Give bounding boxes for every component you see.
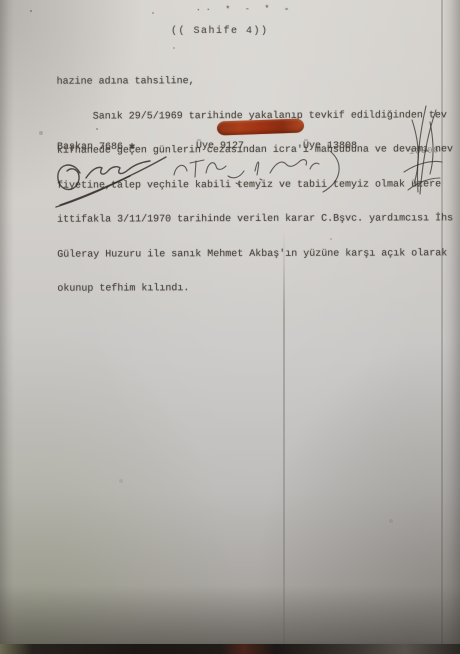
body-line: Güleray Huzuru ile sanık Mehmet Akbaş'ın… bbox=[57, 248, 453, 261]
body-line: okunup tefhim kılındı. bbox=[57, 282, 453, 295]
paper-left-edge-shadow bbox=[0, 0, 14, 654]
table-edge-background bbox=[0, 644, 460, 654]
member-1-signature bbox=[168, 150, 250, 190]
body-line: hazine adına tahsiline, bbox=[57, 75, 453, 88]
body-line: ittifakla 3/11/1970 tarihinde verilen ka… bbox=[57, 213, 453, 226]
member-2-signature bbox=[245, 148, 350, 196]
president-label: Başkan 7686 ✱ bbox=[57, 141, 135, 153]
margin-signature bbox=[396, 102, 448, 200]
scanned-document-photo: ·· * ‐ * ₌ (( Sahife 4)) hazine adına ta… bbox=[0, 0, 460, 654]
top-typed-marks: ·· * ‐ * ₌ bbox=[196, 3, 294, 15]
table-shadow bbox=[0, 585, 460, 645]
page-number-header: (( Sahife 4)) bbox=[171, 26, 269, 37]
president-signature bbox=[50, 153, 185, 211]
paper-specks bbox=[0, 0, 2, 2]
